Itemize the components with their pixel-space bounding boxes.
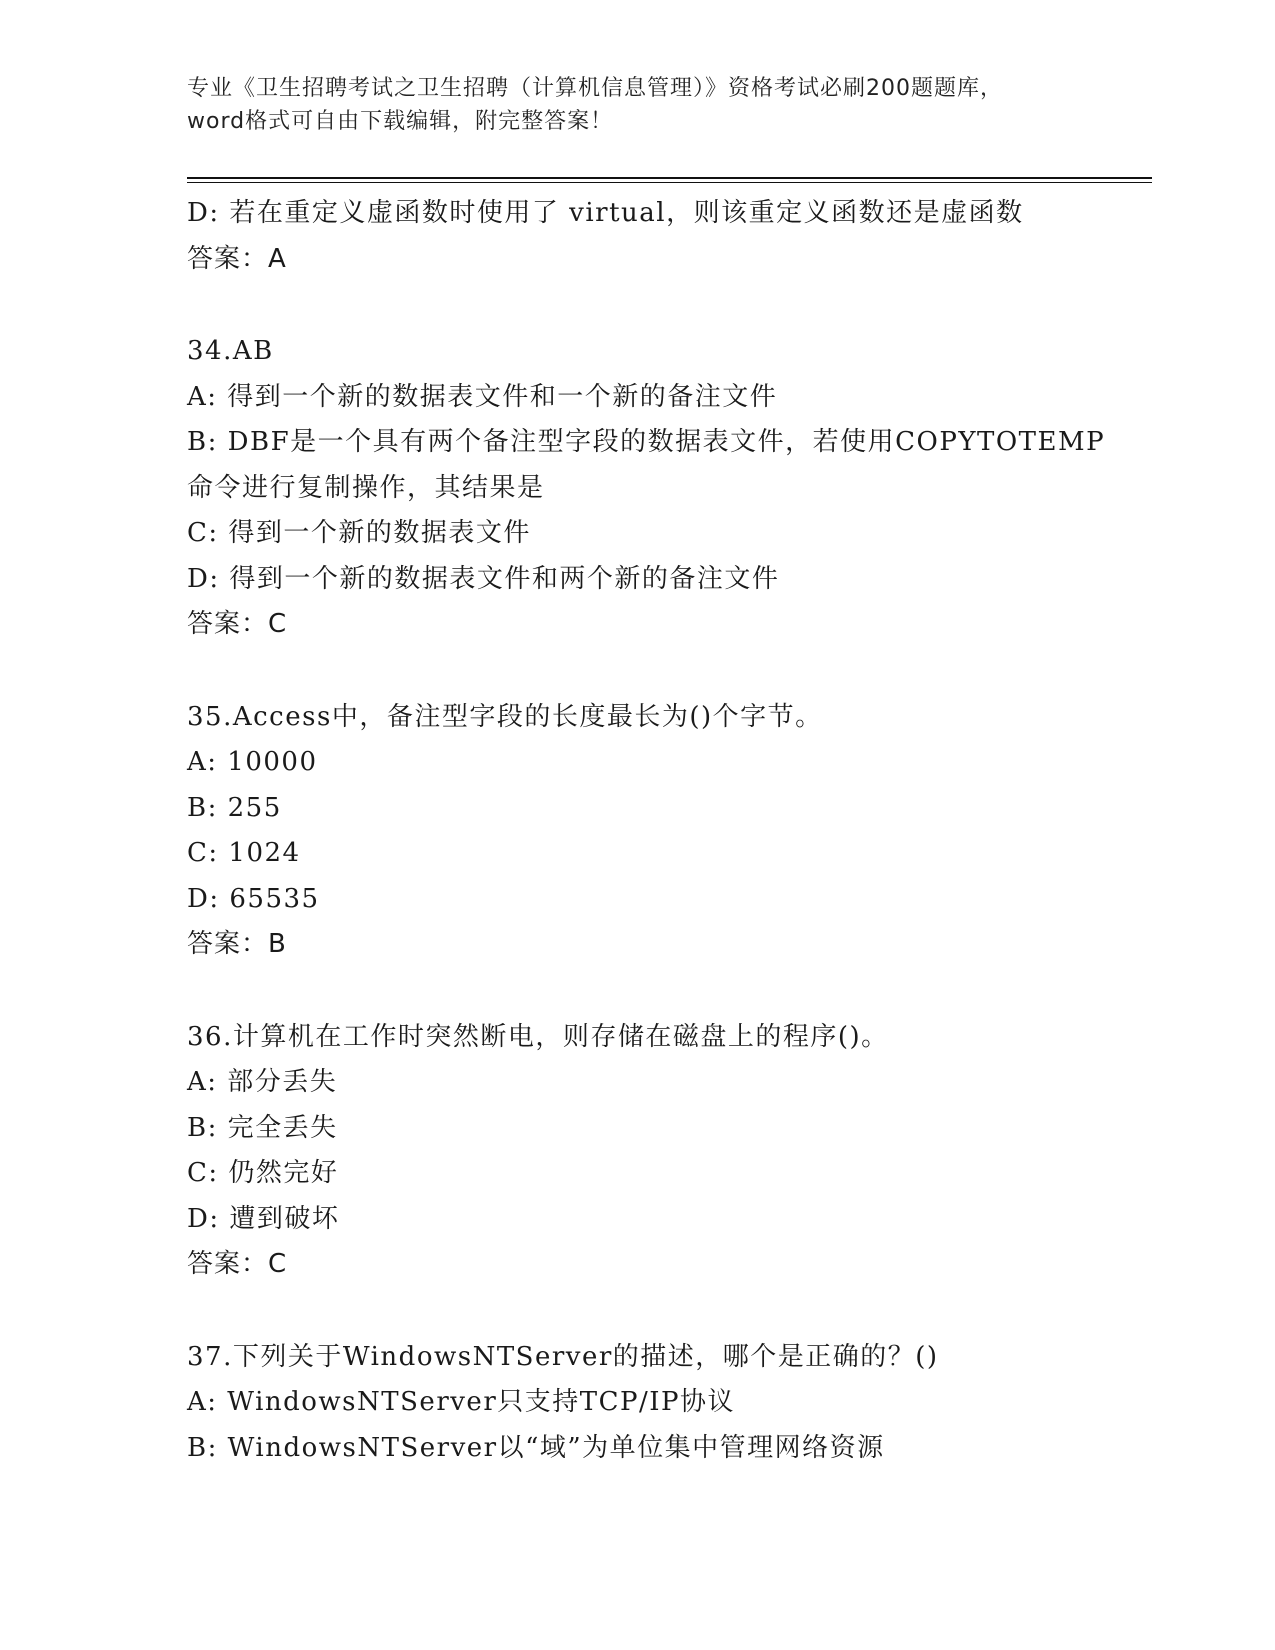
option-b: B: 255 bbox=[187, 786, 1087, 832]
option-b: B: WindowsNTServer以“域”为单位集中管理网络资源 bbox=[187, 1426, 1087, 1472]
option-b: B: 完全丢失 bbox=[187, 1106, 1087, 1152]
header-title-line-1: 专业《卫生招聘考试之卫生招聘（计算机信息管理）》资格考试必刷200题题库， bbox=[187, 72, 1087, 105]
option-d: D: 遭到破坏 bbox=[187, 1197, 1087, 1243]
answer: 答案：B bbox=[187, 922, 1087, 968]
question-36: 36.计算机在工作时突然断电，则存储在磁盘上的程序()。 A: 部分丢失 B: … bbox=[187, 1015, 1087, 1288]
question-list: D: 若在重定义虚函数时使用了 virtual，则该重定义函数还是虚函数 答案：… bbox=[187, 191, 1087, 1471]
option-b-continued: 命令进行复制操作，其结果是 bbox=[187, 466, 1087, 512]
question-34: 34.AB A: 得到一个新的数据表文件和一个新的备注文件 B: DBF是一个具… bbox=[187, 329, 1087, 648]
option-d: D: 65535 bbox=[187, 877, 1087, 923]
option-a: A: 部分丢失 bbox=[187, 1060, 1087, 1106]
option-d: D: 得到一个新的数据表文件和两个新的备注文件 bbox=[187, 557, 1087, 603]
spacer bbox=[187, 1288, 1087, 1335]
option-c: C: 仍然完好 bbox=[187, 1151, 1087, 1197]
answer: 答案：C bbox=[187, 1242, 1087, 1288]
document-page: 专业《卫生招聘考试之卫生招聘（计算机信息管理）》资格考试必刷200题题库， wo… bbox=[0, 0, 1275, 1650]
answer: 答案：C bbox=[187, 602, 1087, 648]
option-a: A: 得到一个新的数据表文件和一个新的备注文件 bbox=[187, 375, 1087, 421]
document-header: 专业《卫生招聘考试之卫生招聘（计算机信息管理）》资格考试必刷200题题库， wo… bbox=[187, 72, 1087, 138]
option-c: C: 得到一个新的数据表文件 bbox=[187, 511, 1087, 557]
header-divider-thin bbox=[187, 182, 1152, 183]
question-35: 35.Access中，备注型字段的长度最长为()个字节。 A: 10000 B:… bbox=[187, 695, 1087, 968]
question-stem: 36.计算机在工作时突然断电，则存储在磁盘上的程序()。 bbox=[187, 1015, 1087, 1061]
answer: 答案：A bbox=[187, 237, 1087, 283]
question-stem: 34.AB bbox=[187, 329, 1087, 375]
spacer bbox=[187, 648, 1087, 695]
option-d: D: 若在重定义虚函数时使用了 virtual，则该重定义函数还是虚函数 bbox=[187, 191, 1087, 237]
option-a: A: 10000 bbox=[187, 740, 1087, 786]
header-divider-thick bbox=[187, 177, 1152, 179]
question-37: 37.下列关于WindowsNTServer的描述，哪个是正确的？() A: W… bbox=[187, 1335, 1087, 1472]
option-a: A: WindowsNTServer只支持TCP/IP协议 bbox=[187, 1380, 1087, 1426]
spacer bbox=[187, 968, 1087, 1015]
question-stem: 37.下列关于WindowsNTServer的描述，哪个是正确的？() bbox=[187, 1335, 1087, 1381]
option-b: B: DBF是一个具有两个备注型字段的数据表文件，若使用COPYTOTEMP bbox=[187, 420, 1087, 466]
question-stem: 35.Access中，备注型字段的长度最长为()个字节。 bbox=[187, 695, 1087, 741]
header-title-line-2: word格式可自由下载编辑，附完整答案！ bbox=[187, 105, 1087, 138]
option-c: C: 1024 bbox=[187, 831, 1087, 877]
spacer bbox=[187, 282, 1087, 329]
